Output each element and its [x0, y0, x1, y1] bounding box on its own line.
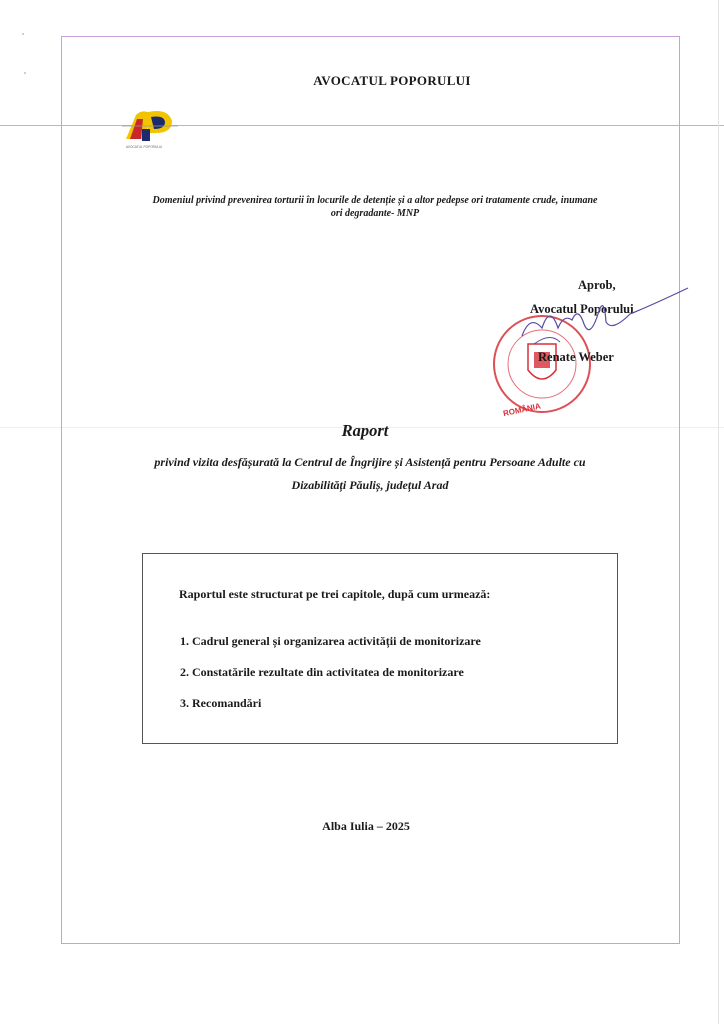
institution-logo-icon: AVOCATUL POPORULUI: [122, 109, 178, 151]
domain-line-2: ori degradante- MNP: [110, 207, 640, 220]
chapters-box: Raportul este structurat pe trei capitol…: [142, 553, 618, 744]
domain-heading: Domeniul privind prevenirea torturii în …: [110, 194, 640, 220]
domain-line-1: Domeniul privind prevenirea torturii în …: [110, 194, 640, 207]
svg-text:AVOCATUL POPORULUI: AVOCATUL POPORULUI: [126, 145, 162, 149]
scan-edge: [718, 0, 719, 1024]
chapter-item: 1. Cadrul general și organizarea activit…: [180, 634, 481, 649]
institution-title: AVOCATUL POPORULUI: [0, 73, 724, 89]
chapters-intro: Raportul este structurat pe trei capitol…: [179, 587, 490, 602]
report-title: Raport: [0, 421, 724, 441]
report-subtitle-line-2: Dizabilități Păuliș, județul Arad: [110, 474, 630, 497]
svg-text:ROMÂNIA: ROMÂNIA: [502, 401, 541, 417]
chapter-item: 3. Recomandări: [180, 696, 261, 711]
chapter-item: 2. Constatările rezultate din activitate…: [180, 665, 464, 680]
report-subtitle: privind vizita desfășurată la Centrul de…: [110, 451, 630, 497]
signature-icon: [520, 284, 690, 364]
report-subtitle-line-1: privind vizita desfășurată la Centrul de…: [110, 451, 630, 474]
place-and-year: Alba Iulia – 2025: [0, 819, 724, 834]
scan-speck: [22, 33, 24, 35]
